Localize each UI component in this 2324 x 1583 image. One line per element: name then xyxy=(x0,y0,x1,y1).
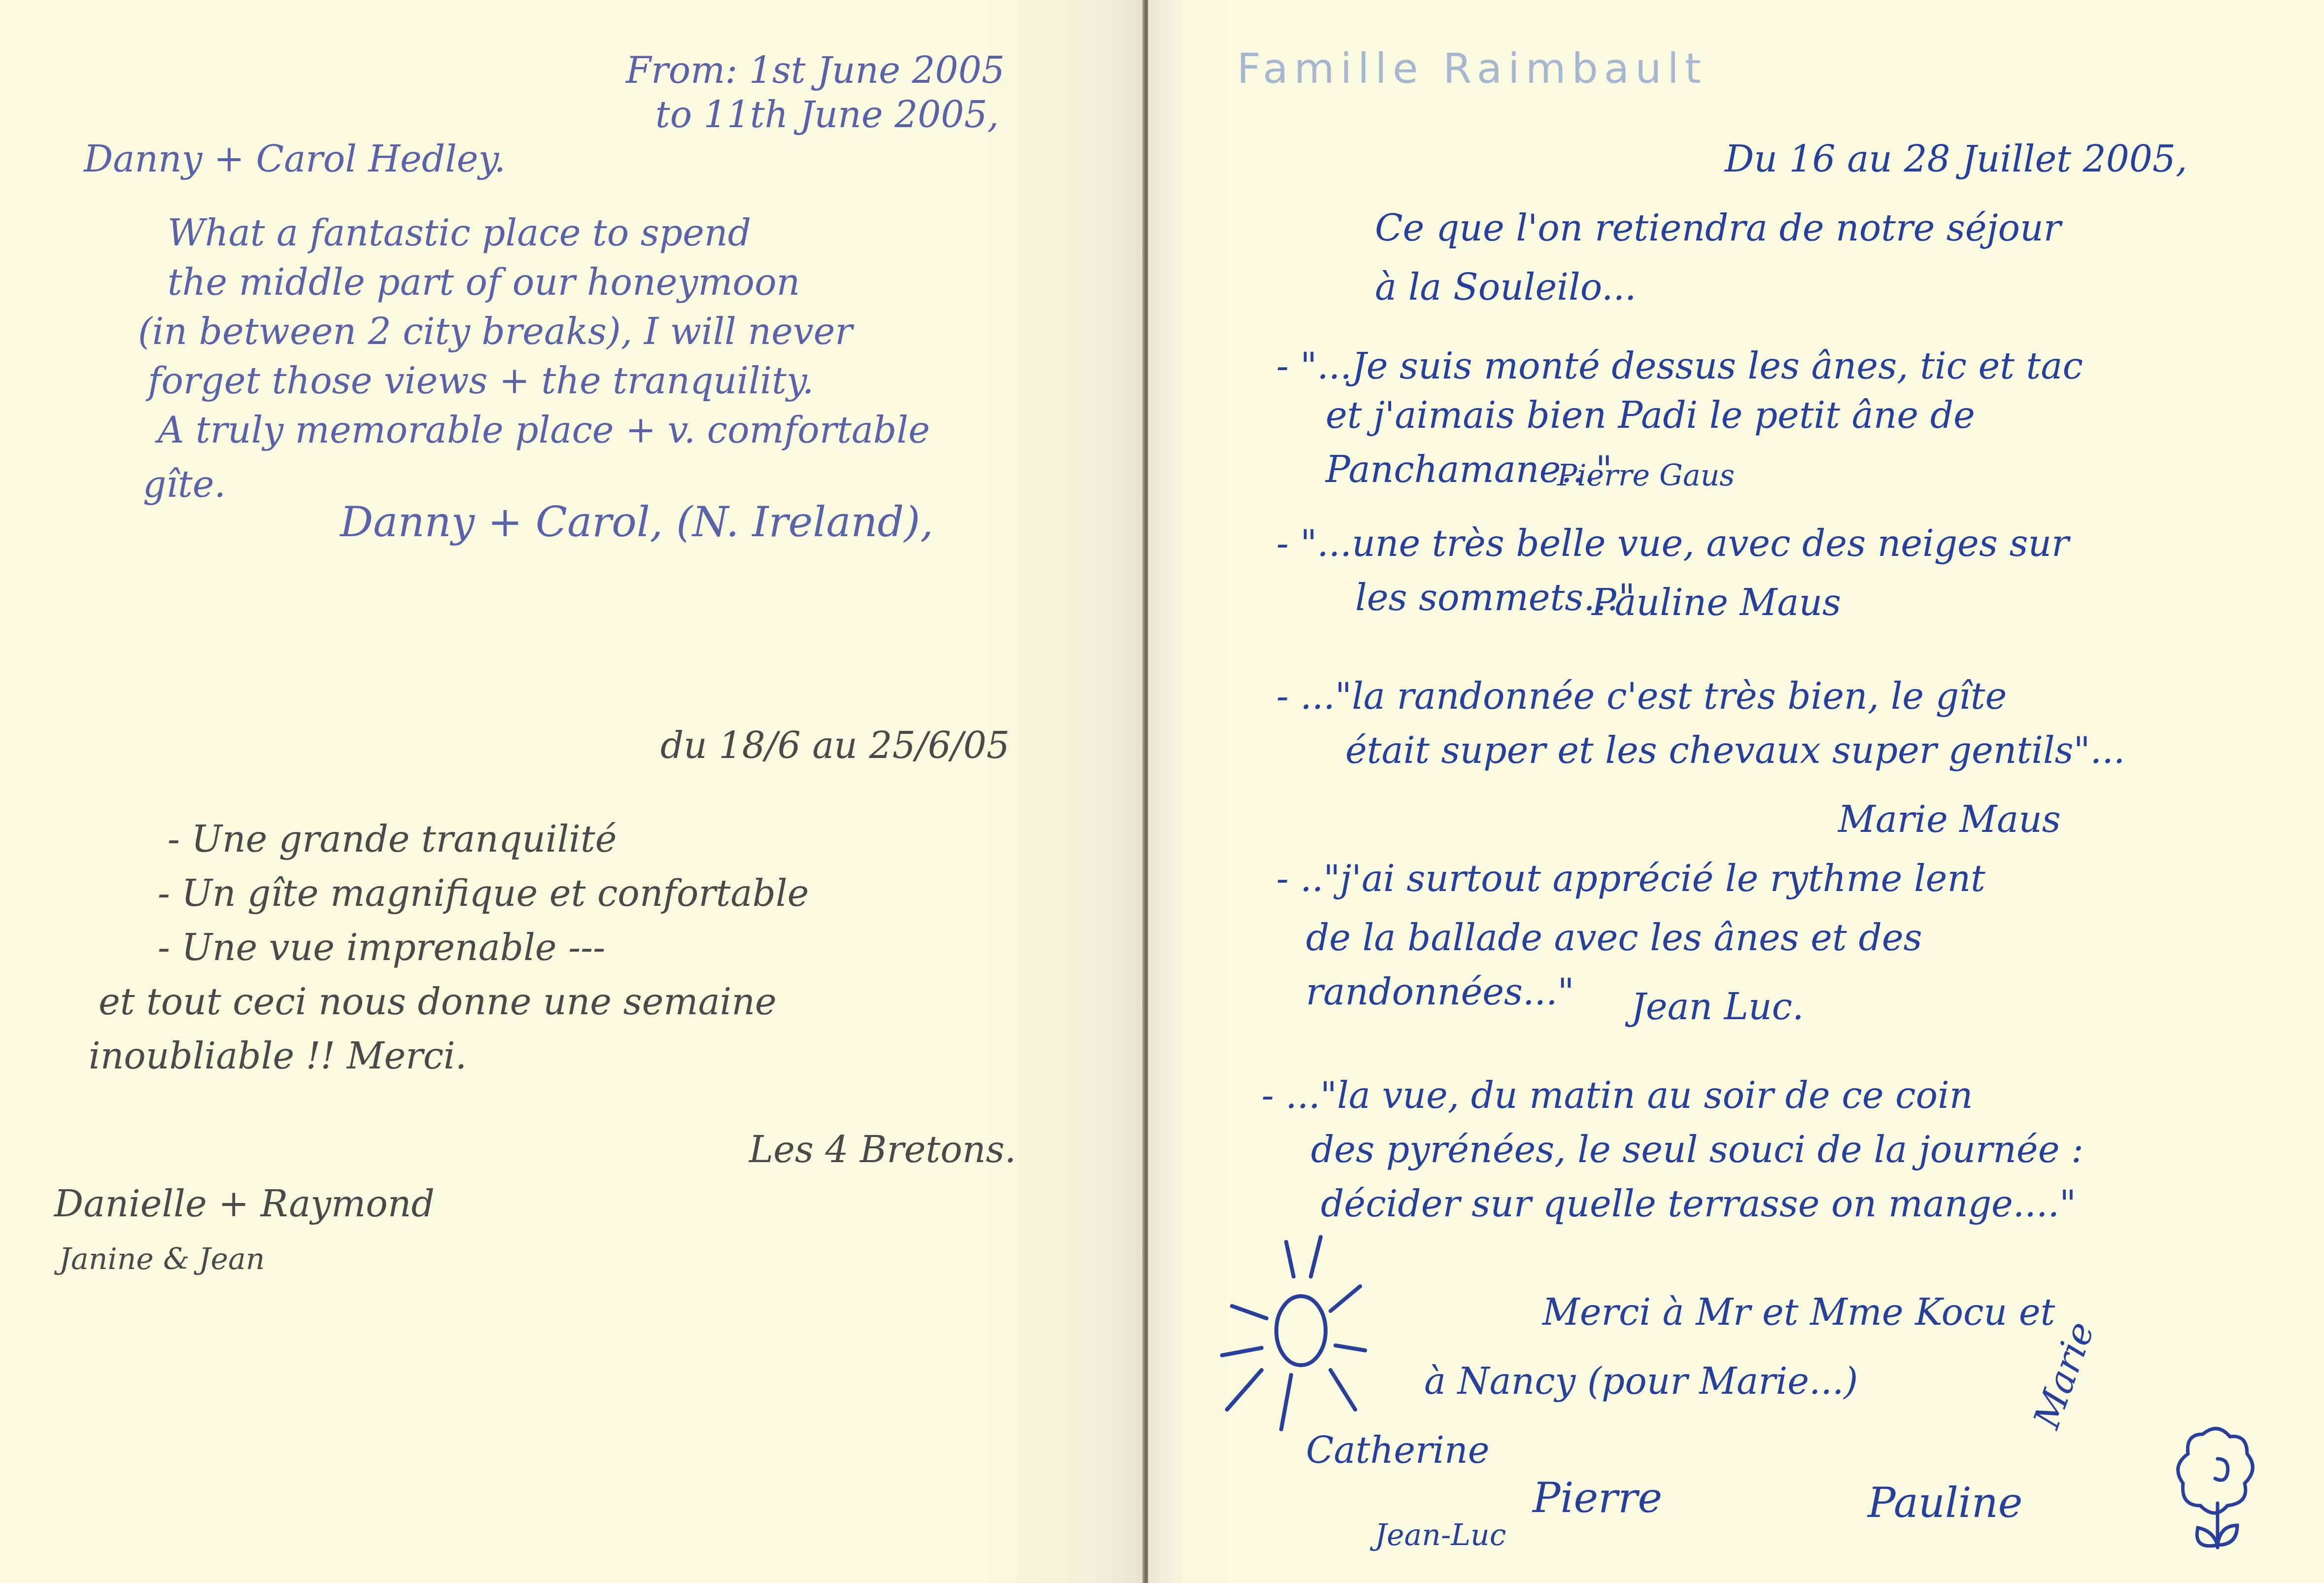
stay-dates: Du 16 au 28 Juillet 2005, xyxy=(1725,138,2187,180)
entry1-line: A truly memorable place + v. comfortable xyxy=(158,409,930,451)
quote-line: - ..."la randonnée c'est très bien, le g… xyxy=(1276,675,2007,718)
quote-author: Marie Maus xyxy=(1838,798,2061,841)
signature-marie: Marie xyxy=(2025,1316,2103,1434)
signature-jean-luc: Jean-Luc xyxy=(1375,1518,1506,1552)
thanks-line: à Nancy (pour Marie...) xyxy=(1424,1360,1858,1403)
signature-pauline: Pauline xyxy=(1868,1479,2022,1527)
quote-line: était super et les chevaux super gentils… xyxy=(1345,729,2125,772)
quote-line: décider sur quelle terrasse on mange....… xyxy=(1321,1183,2076,1225)
entry2-dates: du 18/6 au 25/6/05 xyxy=(660,724,1010,767)
entry1-signature: Danny + Carol, (N. Ireland), xyxy=(340,498,933,546)
quote-author: Jean Luc. xyxy=(1631,986,1804,1028)
quote-line: - ..."la vue, du matin au soir de ce coi… xyxy=(1262,1074,1973,1117)
flower-drawing-icon xyxy=(2173,1419,2262,1572)
entry1-date-from: From: 1st June 2005 xyxy=(626,49,1005,92)
quote-line: - .."j'ai surtout apprécié le rythme len… xyxy=(1276,858,1985,900)
quote-line: et j'aimais bien Padi le petit âne de xyxy=(1326,394,1975,437)
entry1-line: forget those views + the tranquility. xyxy=(148,360,814,402)
right-page: Famille Raimbault Du 16 au 28 Juillet 20… xyxy=(1148,0,2324,1583)
quote-line: - "...une très belle vue, avec des neige… xyxy=(1276,522,2069,565)
signature-pierre: Pierre xyxy=(1533,1474,1662,1522)
left-page: From: 1st June 2005 to 11th June 2005, D… xyxy=(0,0,1148,1583)
quote-line: de la ballade avec les ânes et des xyxy=(1306,917,1922,959)
entry1-date-to: to 11th June 2005, xyxy=(655,94,999,136)
quote-line: randonnées..." xyxy=(1306,971,1574,1013)
quote-author: Pierre Gaus xyxy=(1557,458,1735,493)
family-title: Famille Raimbault xyxy=(1237,44,1707,93)
entry2-line: - Un gîte magnifique et confortable xyxy=(158,872,809,915)
thanks-line: Merci à Mr et Mme Kocu et xyxy=(1542,1291,2055,1334)
entry1-line: gîte. xyxy=(143,463,226,506)
entry1-line: (in between 2 city breaks), I will never xyxy=(138,310,853,353)
entry2-signature: Les 4 Bretons. xyxy=(749,1129,1016,1171)
intro-line: Ce que l'on retiendra de notre séjour xyxy=(1375,207,2061,249)
entry2-name: Janine & Jean xyxy=(59,1242,265,1276)
entry1-line: What a fantastic place to spend xyxy=(168,212,751,254)
quote-line: - "...Je suis monté dessus les ânes, tic… xyxy=(1276,345,2083,387)
quote-line: des pyrénées, le seul souci de la journé… xyxy=(1311,1129,2084,1171)
entry2-line: - Une grande tranquilité xyxy=(168,818,617,860)
entry2-line: - Une vue imprenable --- xyxy=(158,927,605,969)
entry2-line: inoubliable !! Merci. xyxy=(89,1035,467,1077)
entry1-line: the middle part of our honeymoon xyxy=(168,261,800,304)
quote-author: Pauline Maus xyxy=(1592,582,1841,624)
entry1-heading: Danny + Carol Hedley. xyxy=(84,138,506,180)
entry2-name: Danielle + Raymond xyxy=(54,1183,435,1225)
entry2-line: et tout ceci nous donne une semaine xyxy=(99,981,777,1023)
intro-line: à la Souleilo... xyxy=(1375,266,1636,309)
sun-drawing-icon xyxy=(1212,1222,1390,1439)
